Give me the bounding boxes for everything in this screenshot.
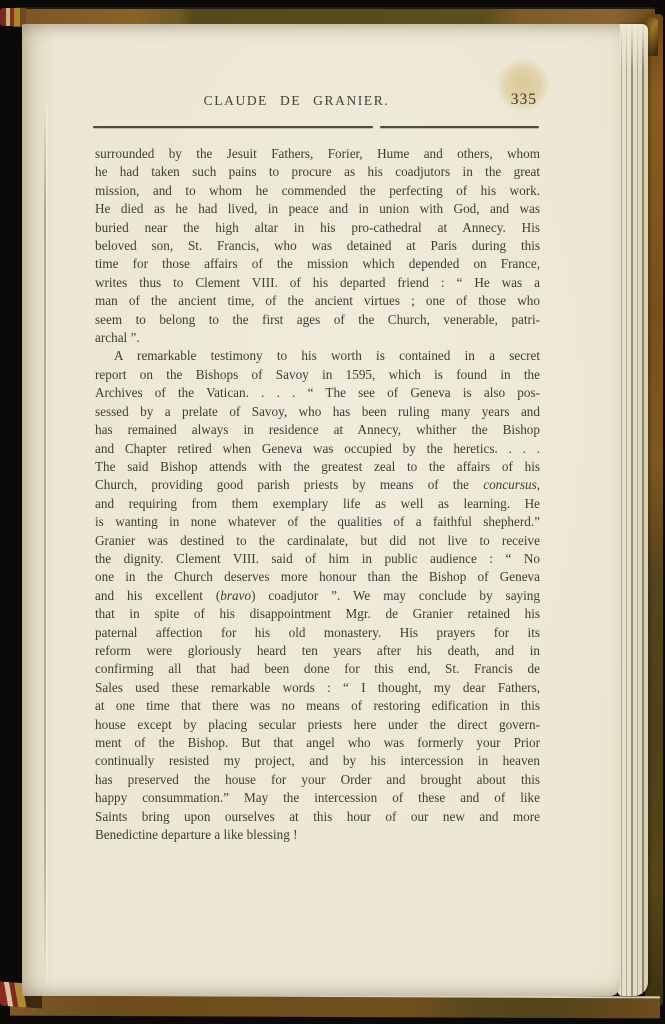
scanned-book-photo: CLAUDE DE GRANIER. 335 surrounded by the… <box>0 0 665 1024</box>
text-line: and his excellent (bravo) coadjutor ”. W… <box>95 587 540 605</box>
text-line: He died as he had lived, in peace and in… <box>95 200 540 218</box>
text-line: reform were gloriously heard ten years a… <box>95 642 540 660</box>
running-header: CLAUDE DE GRANIER. 335 <box>95 93 540 115</box>
text-line: continually resisted my project, and by … <box>95 752 540 770</box>
text-line: confirming all that had been done for th… <box>95 660 540 678</box>
text-line: and Chapter retired when Geneva was occu… <box>95 440 540 458</box>
text-line: he had taken such pains to procure as hi… <box>95 163 540 181</box>
text-line: beloved son, St. Francis, who was detain… <box>95 237 540 255</box>
header-rule-left-segment <box>93 126 373 128</box>
text-line: Archives of the Vatican. . . . “ The see… <box>95 384 540 402</box>
text-line: man of the ancient time, of the ancient … <box>95 292 540 310</box>
text-line: at one time that there was no means of r… <box>95 697 540 715</box>
text-line: happy consummation.” May the intercessio… <box>95 789 540 807</box>
text-line: surrounded by the Jesuit Fathers, Forier… <box>95 145 540 163</box>
header-rule-right-segment <box>380 126 539 128</box>
page-edges-stack <box>618 24 648 996</box>
text-line: Church, providing good parish priests by… <box>95 476 540 494</box>
running-title: CLAUDE DE GRANIER. <box>204 93 390 109</box>
text-line: has preserved the house for your Order a… <box>95 771 540 789</box>
text-line: buried near the high altar in his pro-ca… <box>95 219 540 237</box>
text-line: ment of the Bishop. But that angel who w… <box>95 734 540 752</box>
text-line: time for those affairs of the mission wh… <box>95 255 540 273</box>
page-number: 335 <box>511 91 537 109</box>
text-line: that in spite of his disappointment Mgr.… <box>95 605 540 623</box>
text-line: is wanting in none whatever of the quali… <box>95 513 540 531</box>
book-page: CLAUDE DE GRANIER. 335 surrounded by the… <box>22 24 620 996</box>
text-line: report on the Bishops of Savoy in 1595, … <box>95 366 540 384</box>
text-line: the dignity. Clement VIII. said of him i… <box>95 550 540 568</box>
text-line: Saints bring upon ourselves at this hour… <box>95 808 540 826</box>
text-line: archal ”. <box>95 329 540 347</box>
text-line: mission, and to whom he commended the pe… <box>95 182 540 200</box>
page-crease <box>44 104 46 984</box>
header-rule <box>93 126 539 128</box>
text-line: paternal affection for his old monastery… <box>95 624 540 642</box>
book-cover-bottom-edge <box>10 994 660 1019</box>
text-line: writes thus to Clement VIII. of his depa… <box>95 274 540 292</box>
text-line: sessed by a prelate of Savoy, who has be… <box>95 403 540 421</box>
text-line: Sales used these remarkable words : “ I … <box>95 679 540 697</box>
text-body: surrounded by the Jesuit Fathers, Forier… <box>95 145 540 844</box>
text-line: seem to belong to the first ages of the … <box>95 311 540 329</box>
text-line: A remarkable testimony to his worth is c… <box>95 347 540 365</box>
text-line: Benedictine departure a like blessing ! <box>95 826 540 844</box>
text-line: one in the Church deserves more honour t… <box>95 568 540 586</box>
text-line: Granier was destined to the cardinalate,… <box>95 532 540 550</box>
text-line: house except by placing secular priests … <box>95 716 540 734</box>
text-line: and requiring from them exemplary life a… <box>95 495 540 513</box>
text-line: has remained always in residence at Anne… <box>95 421 540 439</box>
text-line: The said Bishop attends with the greates… <box>95 458 540 476</box>
